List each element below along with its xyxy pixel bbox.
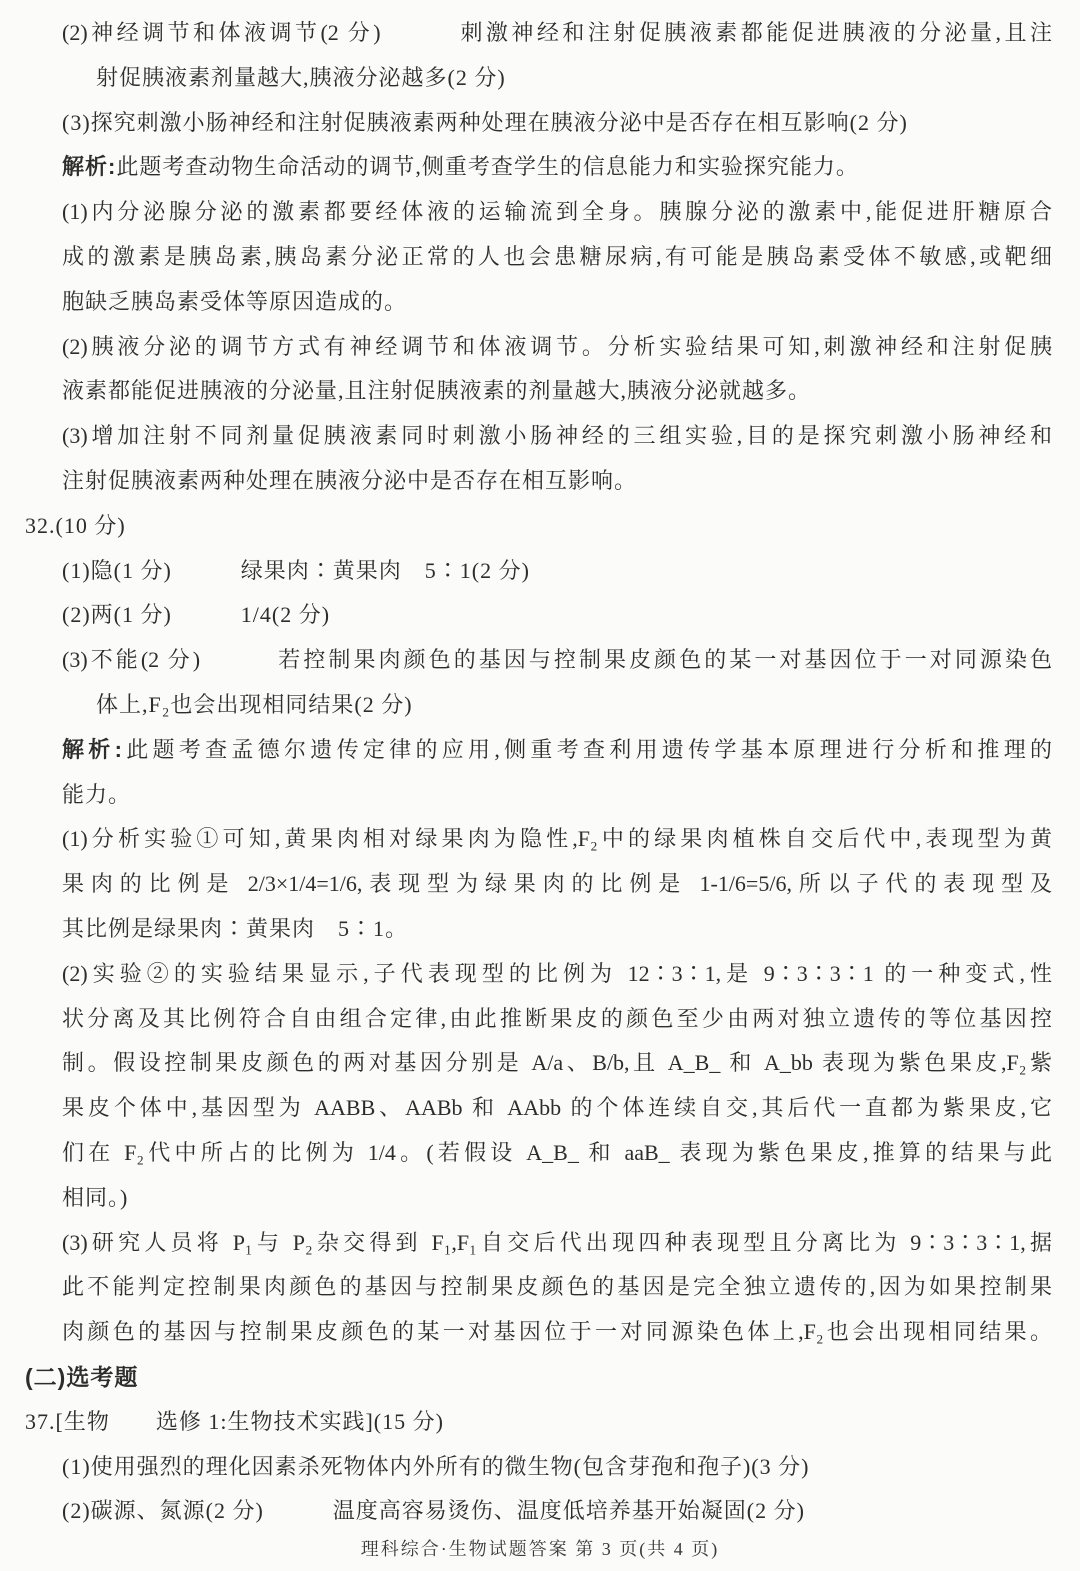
q32-analysis-intro-line: 解析:此题考查孟德尔遗传定律的应用,侧重考查利用遗传学基本原理进行分析和推理的 — [0, 728, 1080, 773]
q32-answer2-line: (2)两(1 分) 1/4(2 分) — [0, 593, 1080, 638]
q32-analysis2-line: 制。假设控制果皮颜色的两对基因分别是 A/a、B/b,且 A_B_ 和 A_bb… — [0, 1041, 1080, 1086]
analysis-text: 此题考查动物生命活动的调节,侧重考查学生的信息能力和实验探究能力。 — [116, 154, 859, 179]
analysis-label: 解析: — [62, 737, 122, 762]
analysis-text: 此题考查孟德尔遗传定律的应用,侧重考查利用遗传学基本原理进行分析和推理的 — [122, 737, 1052, 762]
q32-analysis-intro-line: 能力。 — [0, 773, 1080, 818]
q32-analysis2-line: 果皮个体中,基因型为 AABB、AABb 和 AAbb 的个体连续自交,其后代一… — [0, 1086, 1080, 1131]
q32-analysis1-line: 其比例是绿果肉∶黄果肉 5∶1。 — [0, 907, 1080, 952]
q31-answer2-line: (2)神经调节和体液调节(2 分) 刺激神经和注射促胰液素都能促进胰液的分泌量,… — [0, 11, 1080, 56]
q31-answer3-line: (3)探究刺激小肠神经和注射促胰液素两种处理在胰液分泌中是否存在相互影响(2 分… — [0, 101, 1080, 146]
q32-answer3-line: 体上,F₂也会出现相同结果(2 分) — [0, 683, 1080, 728]
analysis-label: 解析: — [62, 154, 116, 179]
q37-heading: 37.[生物 选修 1:生物技术实践](15 分) — [0, 1400, 1080, 1445]
q32-analysis2-line: 们在 F₂代中所占的比例为 1/4。(若假设 A_B_ 和 aaB_ 表现为紫色… — [0, 1131, 1080, 1176]
q31-answer2-line: 射促胰液素剂量越大,胰液分泌越多(2 分) — [0, 56, 1080, 101]
q32-analysis1-line: 果肉的比例是 2/3×1/4=1/6,表现型为绿果肉的比例是 1-1/6=5/6… — [0, 862, 1080, 907]
q32-analysis3-line: (3)研究人员将 P₁与 P₂杂交得到 F₁,F₁自交后代出现四种表现型且分离比… — [0, 1221, 1080, 1266]
q32-analysis2-line: 相同。) — [0, 1176, 1080, 1221]
q31-analysis3-line: 注射促胰液素两种处理在胰液分泌中是否存在相互影响。 — [0, 459, 1080, 504]
q32-analysis2-line: (2)实验②的实验结果显示,子代表现型的比例为 12∶3∶1,是 9∶3∶3∶1… — [0, 952, 1080, 997]
section-b-heading: (二)选考题 — [0, 1355, 1080, 1400]
q31-analysis1-line: (1)内分泌腺分泌的激素都要经体液的运输流到全身。胰腺分泌的激素中,能促进肝糖原… — [0, 190, 1080, 235]
q32-analysis3-line: 此不能判定控制果肉颜色的基因与控制果皮颜色的基因是完全独立遗传的,因为如果控制果 — [0, 1265, 1080, 1310]
q31-analysis-intro-line: 解析:此题考查动物生命活动的调节,侧重考查学生的信息能力和实验探究能力。 — [0, 145, 1080, 190]
q37-answer2-line: (2)碳源、氮源(2 分) 温度高容易烫伤、温度低培养基开始凝固(2 分) — [0, 1489, 1080, 1534]
q32-heading: 32.(10 分) — [0, 504, 1080, 549]
q32-analysis2-line: 状分离及其比例符合自由组合定律,由此推断果皮的颜色至少由两对独立遗传的等位基因控 — [0, 997, 1080, 1042]
q37-answer1-line: (1)使用强烈的理化因素杀死物体内外所有的微生物(包含芽孢和孢子)(3 分) — [0, 1445, 1080, 1490]
q31-analysis1-line: 胞缺乏胰岛素受体等原因造成的。 — [0, 280, 1080, 325]
q31-analysis1-line: 成的激素是胰岛素,胰岛素分泌正常的人也会患糖尿病,有可能是胰岛素受体不敏感,或靶… — [0, 235, 1080, 280]
q32-answer3-line: (3)不能(2 分) 若控制果肉颜色的基因与控制果皮颜色的某一对基因位于一对同源… — [0, 638, 1080, 683]
q31-analysis3-line: (3)增加注射不同剂量促胰液素同时刺激小肠神经的三组实验,目的是探究刺激小肠神经… — [0, 414, 1080, 459]
answer-sheet-page: (2)神经调节和体液调节(2 分) 刺激神经和注射促胰液素都能促进胰液的分泌量,… — [0, 0, 1080, 1564]
q31-analysis2-line: (2)胰液分泌的调节方式有神经调节和体液调节。分析实验结果可知,刺激神经和注射促… — [0, 325, 1080, 370]
q32-answer1-line: (1)隐(1 分) 绿果肉∶黄果肉 5∶1(2 分) — [0, 549, 1080, 594]
page-footer: 理科综合·生物试题答案 第 3 页(共 4 页) — [0, 1534, 1080, 1564]
q31-analysis2-line: 液素都能促进胰液的分泌量,且注射促胰液素的剂量越大,胰液分泌就越多。 — [0, 369, 1080, 414]
q32-analysis1-line: (1)分析实验①可知,黄果肉相对绿果肉为隐性,F₂中的绿果肉植株自交后代中,表现… — [0, 817, 1080, 862]
q32-analysis3-line: 肉颜色的基因与控制果皮颜色的某一对基因位于一对同源染色体上,F₂也会出现相同结果… — [0, 1310, 1080, 1355]
